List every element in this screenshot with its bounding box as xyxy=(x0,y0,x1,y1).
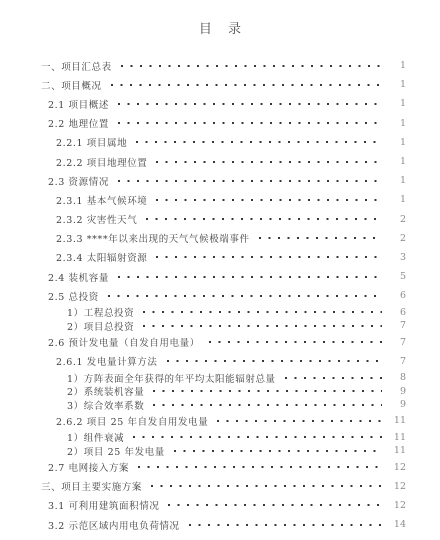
dot-leader-icon xyxy=(118,180,382,182)
dot-leader-icon xyxy=(151,485,382,487)
toc-entry: 2.3.2 灾害性天气 2 xyxy=(0,210,406,229)
toc-entry-label: 2.3.4 太阳辐射资源 xyxy=(56,250,147,264)
toc-entry-label: 二、项目概况 xyxy=(41,78,102,92)
toc-entry-page: 2 xyxy=(389,233,406,244)
toc-entry-page: 7 xyxy=(389,337,406,348)
toc-entry: 一、项目汇总表 1 xyxy=(0,56,406,75)
toc-entry-label: 2.6.1 发电量计算方法 xyxy=(56,354,158,368)
toc-entry-label: 2.6 预计发电量（自发自用电量） xyxy=(48,335,200,349)
toc-entry-label: 2.4 装机容量 xyxy=(48,270,109,284)
toc-entry-page: 6 xyxy=(389,307,406,318)
toc-entry-label: 2.1 项目概述 xyxy=(48,97,109,111)
toc-entry-page: 1 xyxy=(389,118,406,129)
toc-entry-label: 2.3.1 基本气候环境 xyxy=(56,193,147,207)
toc-entry-page: 12 xyxy=(389,481,406,492)
dot-leader-icon xyxy=(146,218,382,220)
toc-entry-label: 1）工程总投资 xyxy=(67,305,134,319)
toc-entry-label: 2.2 地理位置 xyxy=(48,116,109,130)
dot-leader-icon xyxy=(189,524,382,526)
toc-entry: 2.5 总投资 6 xyxy=(0,286,406,305)
toc-entry: 2.1 项目概述 1 xyxy=(0,94,406,113)
dot-leader-icon xyxy=(143,325,382,327)
toc-entry-page: 9 xyxy=(389,386,406,397)
dot-leader-icon xyxy=(168,504,382,506)
toc-entry: 2.3.1 基本气候环境 1 xyxy=(0,190,406,209)
toc-entry: 3.2 示范区域内用电负荷情况 14 xyxy=(0,515,406,534)
dot-leader-icon xyxy=(285,377,382,379)
toc-entry: 1）组件衰减 11 xyxy=(0,431,406,445)
toc-entry-page: 7 xyxy=(389,356,406,367)
toc-entry: 2.3.4 太阳辐射资源 3 xyxy=(0,248,406,267)
toc-entry: 2.2.2 项目地理位置 1 xyxy=(0,152,406,171)
toc-page: 目 录 一、项目汇总表 1 二、项目概况 1 2.1 项目概述 1 2.2 地理… xyxy=(0,0,440,540)
toc-entry-page: 1 xyxy=(389,60,406,71)
toc-entry: 三、项目主要实施方案 12 xyxy=(0,477,406,496)
toc-entry-label: 一、项目汇总表 xyxy=(41,59,112,73)
toc-list: 一、项目汇总表 1 二、项目概况 1 2.1 项目概述 1 2.2 地理位置 1… xyxy=(0,56,440,534)
toc-entry-page: 12 xyxy=(389,462,406,473)
toc-entry-label: 2）系统装机容量 xyxy=(67,384,144,398)
dot-leader-icon xyxy=(153,404,382,406)
dot-leader-icon xyxy=(143,311,382,313)
toc-entry-page: 5 xyxy=(389,271,406,282)
toc-entry: 1）工程总投资 6 xyxy=(0,305,406,319)
toc-entry: 2.6.2 项目 25 年自发自用发电量 11 xyxy=(0,411,406,430)
toc-entry-label: 3.1 可利用建筑面积情况 xyxy=(48,498,159,512)
toc-entry: 2.6.1 发电量计算方法 7 xyxy=(0,352,406,371)
toc-entry-page: 1 xyxy=(389,137,406,148)
dot-leader-icon xyxy=(167,360,383,362)
toc-entry-page: 2 xyxy=(389,214,406,225)
dot-leader-icon xyxy=(259,237,382,239)
dot-leader-icon xyxy=(118,276,382,278)
toc-entry-page: 12 xyxy=(389,500,406,511)
toc-entry-page: 9 xyxy=(389,399,406,410)
toc-entry: 2）项目 25 年发电量 11 xyxy=(0,444,406,458)
dot-leader-icon xyxy=(156,199,382,201)
toc-entry: 3）综合效率系数 9 xyxy=(0,398,406,412)
toc-entry: 2.4 装机容量 5 xyxy=(0,267,406,286)
toc-entry-page: 3 xyxy=(389,252,406,263)
toc-entry-page: 11 xyxy=(389,415,406,426)
toc-entry-label: 1）方阵表面全年获得的年平均太阳能辐射总量 xyxy=(67,371,276,385)
toc-entry-label: 1）组件衰减 xyxy=(67,430,124,444)
toc-entry: 2.6 预计发电量（自发自用电量） 7 xyxy=(0,332,406,351)
toc-entry-label: 三、项目主要实施方案 xyxy=(41,479,142,493)
toc-entry-page: 11 xyxy=(389,432,406,443)
dot-leader-icon xyxy=(108,295,382,297)
toc-entry-page: 8 xyxy=(389,372,406,383)
dot-leader-icon xyxy=(138,466,382,468)
toc-entry-label: 3.2 示范区域内用电负荷情况 xyxy=(48,518,180,532)
toc-entry-page: 11 xyxy=(389,445,406,456)
toc-entry-page: 7 xyxy=(389,320,406,331)
toc-entry: 3.1 可利用建筑面积情况 12 xyxy=(0,496,406,515)
toc-entry: 2.2 地理位置 1 xyxy=(0,114,406,133)
toc-entry-page: 1 xyxy=(389,98,406,109)
toc-entry-label: 2）项目 25 年发电量 xyxy=(67,444,165,458)
toc-entry: 2.7 电网接入方案 12 xyxy=(0,458,406,477)
toc-entry-label: 2.3.2 灾害性天气 xyxy=(56,212,137,226)
toc-entry-label: 2.7 电网接入方案 xyxy=(48,460,129,474)
toc-entry: 1）方阵表面全年获得的年平均太阳能辐射总量 8 xyxy=(0,371,406,385)
toc-entry-label: 2.2.1 项目属地 xyxy=(56,135,127,149)
toc-entry: 2.3 资源情况 1 xyxy=(0,171,406,190)
dot-leader-icon xyxy=(133,436,382,438)
toc-entry-page: 1 xyxy=(389,194,406,205)
dot-leader-icon xyxy=(153,390,382,392)
dot-leader-icon xyxy=(209,341,382,343)
dot-leader-icon xyxy=(118,103,382,105)
dot-leader-icon xyxy=(217,420,382,422)
toc-entry-label: 2.3 资源情况 xyxy=(48,174,109,188)
toc-entry: 2）项目总投资 7 xyxy=(0,319,406,333)
toc-entry: 2）系统装机容量 9 xyxy=(0,384,406,398)
dot-leader-icon xyxy=(118,122,382,124)
dot-leader-icon xyxy=(111,84,382,86)
toc-entry: 2.3.3 ****年以来出现的天气气候极端事件 2 xyxy=(0,229,406,248)
dot-leader-icon xyxy=(156,161,382,163)
page-title: 目 录 xyxy=(0,22,440,38)
dot-leader-icon xyxy=(136,141,382,143)
toc-entry-page: 1 xyxy=(389,175,406,186)
toc-entry-label: 2.3.3 ****年以来出现的天气气候极端事件 xyxy=(56,231,250,245)
toc-entry-label: 2.2.2 项目地理位置 xyxy=(56,155,147,169)
dot-leader-icon xyxy=(174,450,382,452)
toc-entry-page: 14 xyxy=(389,519,406,530)
toc-entry-page: 1 xyxy=(389,79,406,90)
toc-entry-label: 2）项目总投资 xyxy=(67,319,134,333)
toc-entry: 2.2.1 项目属地 1 xyxy=(0,133,406,152)
toc-entry-label: 2.5 总投资 xyxy=(48,289,99,303)
toc-entry: 二、项目概况 1 xyxy=(0,75,406,94)
toc-entry-page: 6 xyxy=(389,290,406,301)
toc-entry-page: 1 xyxy=(389,156,406,167)
dot-leader-icon xyxy=(156,256,382,258)
dot-leader-icon xyxy=(121,65,382,67)
toc-entry-label: 2.6.2 项目 25 年自发自用发电量 xyxy=(56,414,208,428)
toc-entry-label: 3）综合效率系数 xyxy=(67,398,144,412)
